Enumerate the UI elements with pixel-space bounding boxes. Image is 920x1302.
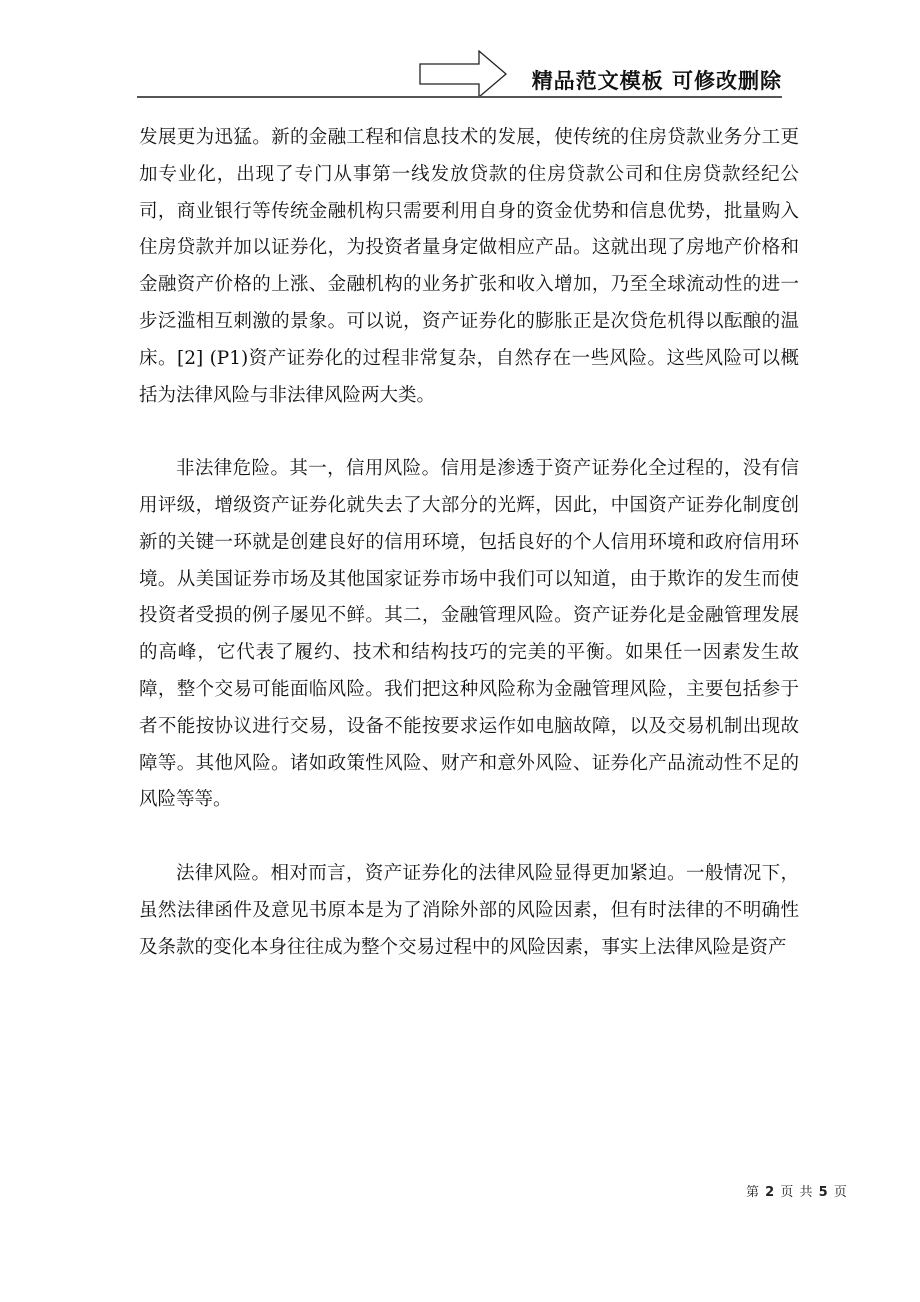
page-number-footer: 第 2 页 共 5 页 <box>746 1181 847 1200</box>
page-header: 精品范文模板 可修改删除 <box>137 48 782 98</box>
footer-prefix: 第 <box>746 1185 759 1200</box>
footer-suffix: 页 <box>834 1185 847 1200</box>
document-body: 发展更为迅猛。新的金融工程和信息技术的发展，使传统的住房贷款业务分工更加专业化，… <box>139 120 799 966</box>
header-title: 精品范文模板 可修改删除 <box>532 65 782 95</box>
paragraph-spacer <box>139 819 799 856</box>
footer-middle: 页 共 <box>780 1185 812 1200</box>
header-divider <box>137 96 782 98</box>
paragraph-2: 非法律危险。其一，信用风险。信用是渗透于资产证券化全过程的，没有信用评级，增级资… <box>139 451 799 819</box>
right-arrow-icon <box>419 50 509 100</box>
total-pages-number: 5 <box>819 1185 828 1200</box>
paragraph-3: 法律风险。相对而言，资产证券化的法律风险显得更加紧迫。一般情况下，虽然法律函件及… <box>139 856 799 966</box>
paragraph-spacer <box>139 414 799 451</box>
current-page-number: 2 <box>765 1185 774 1200</box>
paragraph-1: 发展更为迅猛。新的金融工程和信息技术的发展，使传统的住房贷款业务分工更加专业化，… <box>139 120 799 414</box>
